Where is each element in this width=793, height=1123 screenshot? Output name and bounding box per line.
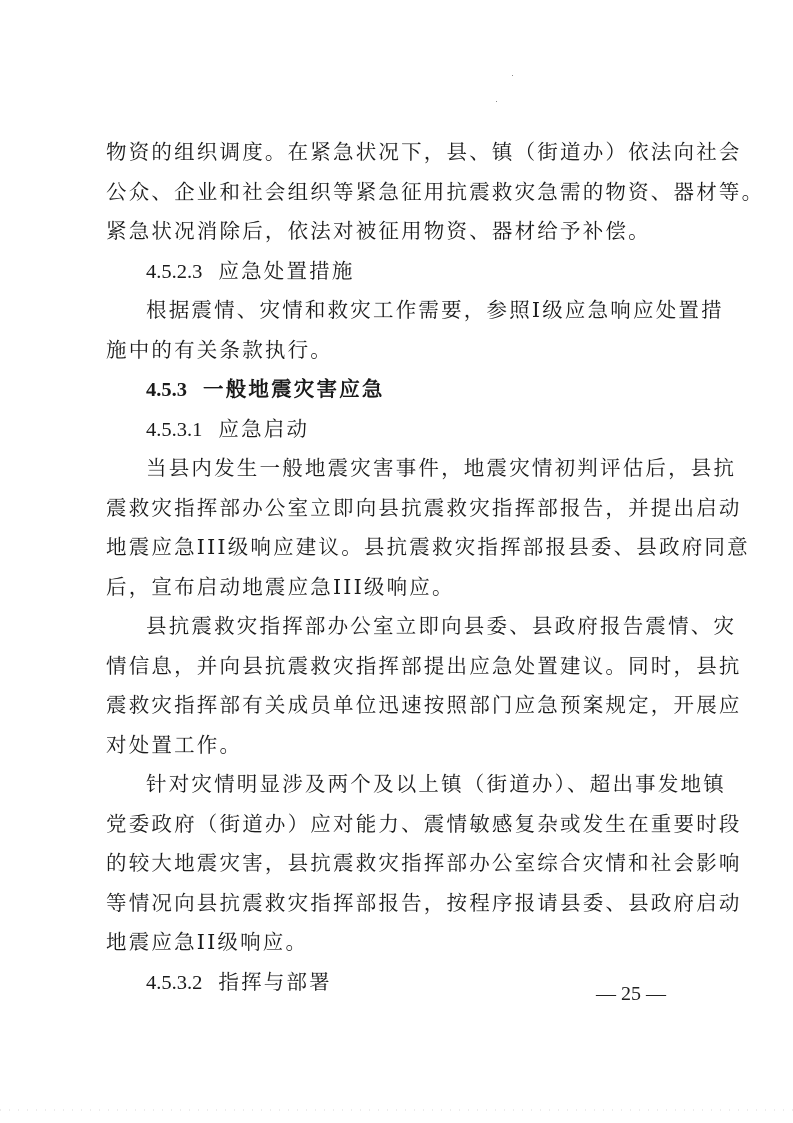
paragraph-line: 紧急状况消除后，依法对被征用物资、器材给予补偿。 (106, 219, 698, 243)
paragraph-line: 县抗震救灾指挥部办公室立即向县委、县政府报告震情、灾 (146, 614, 738, 638)
paragraph-line: 当县内发生一般地震灾害事件，地震灾情初判评估后，县抗 (146, 456, 738, 480)
section-number: 4.5.2.3 (146, 261, 202, 283)
section-title: 指挥与部署 (218, 970, 332, 994)
document-page: 物资的组织调度。在紧急状况下，县、镇（街道办）依法向社会 公众、企业和社会组织等… (0, 0, 793, 1123)
paragraph-line: 针对灾情明显涉及两个及以上镇（街道办）、超出事发地镇 (146, 772, 738, 796)
scan-artifact-line (0, 1109, 793, 1111)
paragraph-line: 震救灾指挥部有关成员单位迅速按照部门应急预案规定，开展应 (106, 693, 698, 717)
paragraph-line: 公众、企业和社会组织等紧急征用抗震救灾急需的物资、器材等。 (106, 180, 698, 204)
section-title: 应急处置措施 (218, 259, 354, 283)
paragraph-line: 情信息，并向县抗震救灾指挥部提出应急处置建议。同时，县抗 (106, 654, 698, 678)
scan-speck (496, 101, 497, 102)
paragraph-line: 地震应急III级响应建议。县抗震救灾指挥部报县委、县政府同意 (106, 535, 698, 559)
paragraph-line: 震救灾指挥部办公室立即向县抗震救灾指挥部报告，并提出启动 (106, 496, 698, 520)
section-number: 4.5.3.1 (146, 419, 202, 441)
heading-4-5-3-1: 4.5.3.1应急启动 (146, 417, 738, 442)
section-number: 4.5.3 (146, 379, 187, 401)
heading-4-5-3: 4.5.3一般地震灾害应急 (146, 377, 738, 402)
section-number: 4.5.3.2 (146, 972, 202, 994)
paragraph-line: 根据震情、灾情和救灾工作需要，参照I级应急响应处置措 (146, 298, 738, 322)
heading-4-5-2-3: 4.5.2.3应急处置措施 (146, 259, 738, 284)
section-title: 一般地震灾害应急 (203, 377, 385, 401)
section-title: 应急启动 (218, 417, 309, 441)
paragraph-line: 施中的有关条款执行。 (106, 338, 698, 362)
paragraph-line: 的较大地震灾害，县抗震救灾指挥部办公室综合灾情和社会影响 (106, 851, 698, 875)
page-number: — 25 — (596, 983, 666, 1006)
paragraph-line: 物资的组织调度。在紧急状况下，县、镇（街道办）依法向社会 (106, 140, 698, 164)
paragraph-line: 后，宣布启动地震应急III级响应。 (106, 575, 698, 599)
paragraph-line: 地震应急II级响应。 (106, 930, 698, 954)
paragraph-line: 对处置工作。 (106, 733, 698, 757)
paragraph-line: 党委政府（街道办）应对能力、震情敏感复杂或发生在重要时段 (106, 812, 698, 836)
scan-speck (512, 75, 513, 76)
paragraph-line: 等情况向县抗震救灾指挥部报告，按程序报请县委、县政府启动 (106, 891, 698, 915)
